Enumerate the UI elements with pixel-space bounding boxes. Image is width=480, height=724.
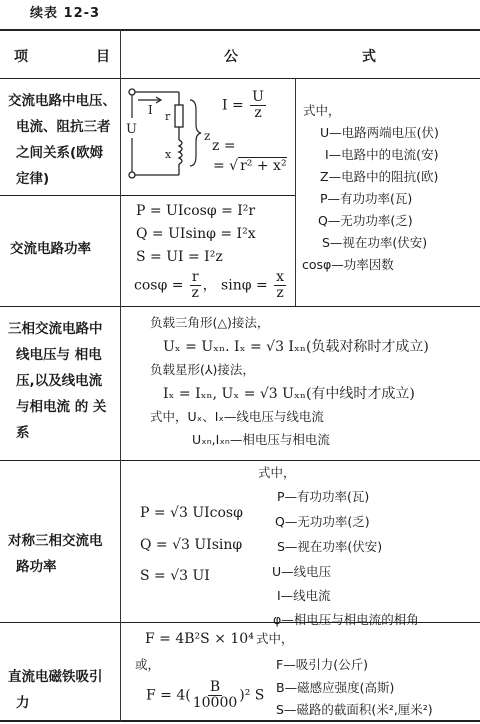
row4-legend-line: Q—无功功率(乏) (275, 511, 370, 533)
formula-legend-divider (295, 78, 296, 306)
row1-item-line: 电流、阻抗三者 (8, 114, 120, 140)
reactive-power-formula: Q = UIsinφ = I²x (136, 222, 256, 246)
row4-legend-title: 式中， (258, 462, 296, 484)
table-top-border (0, 29, 480, 31)
table-caption: 续表 12-3 (30, 2, 100, 21)
rl-circuit-diagram: U I r x z (120, 80, 220, 190)
legend-title: 式中， (303, 100, 341, 122)
row1-item-line: 定律) (8, 166, 120, 192)
row5-legend-line: B—磁感应强度(高斯) (276, 677, 394, 699)
row1-item-line: 之间关系(欧姆 (8, 140, 120, 166)
row5-legend-line: S—磁路的截面积(米²,厘米²) (276, 699, 433, 721)
row3-item: 三相交流电路中 线电压与 相电 压,以及线电流 与相电流 的 关 系 (8, 316, 120, 446)
row1-item: 交流电路中电压、 电流、阻抗三者 之间关系(欧姆 定律) (8, 88, 120, 192)
header-formula-b: 式 (362, 46, 376, 66)
legend-line: cosφ—功率因数 (302, 254, 394, 276)
delta-connection-formula: Uₓ = Uₓₙ. Iₓ = √3 Iₓₙ(负载对称时才成立) (163, 335, 429, 359)
row4-legend-line: φ—相电压与相电流的相角 (273, 609, 419, 631)
row1-item-line: 交流电路中电压、 (8, 88, 120, 114)
legend-line: P—有功功率(瓦) (320, 188, 412, 210)
row4-legend-line: U—线电压 (272, 561, 331, 583)
impedance-formula-rhs: = √r² + x² (213, 154, 287, 178)
fraction-b-over-10000: B10000 (193, 680, 238, 711)
circuit-label-r: r (165, 110, 171, 123)
row4-item: 对称三相交流电 路功率 (8, 528, 120, 580)
magnet-force-formula-1: F = 4B²S × 10⁴ (145, 627, 254, 651)
row-divider-3 (0, 460, 480, 461)
ohm-law-formula: I = Uz (222, 90, 268, 121)
row4-legend-line: S—视在功率(伏安) (277, 536, 382, 558)
row3-legend-line: 式中，Uₓ、Iₓ—线电压与线电流 (150, 406, 324, 428)
circuit-label-x: x (165, 148, 172, 161)
row5-item: 直流电磁铁吸引 力 (8, 664, 120, 716)
legend-line: U—电路两端电压(伏) (320, 122, 439, 144)
three-phase-apparent-power: S = √3 UI (140, 564, 210, 588)
legend-line: I—电路中的电流(安) (325, 144, 438, 166)
fraction-x-over-z: xz (274, 270, 286, 301)
fraction-r-over-z: rz (190, 270, 201, 301)
circuit-label-U: U (126, 122, 137, 137)
delta-connection-title: 负载三角形(△)接法， (150, 312, 269, 334)
power-factor-formula: cosφ = rz， sinφ = xz (134, 270, 288, 301)
header-item-a: 项 (14, 46, 28, 66)
magnet-force-formula-2: F = 4(B10000)² S (146, 680, 264, 711)
star-connection-title: 负载星形(⅄)接法， (150, 359, 255, 381)
row2-item: 交流电路功率 (10, 236, 91, 262)
fraction-u-over-z: Uz (250, 90, 266, 121)
row4-legend-line: P—有功功率(瓦) (277, 486, 369, 508)
row5-legend-title: 式中， (256, 628, 294, 650)
row4-legend-line: I—线电流 (277, 585, 331, 607)
legend-line: Z—电路中的阻抗(欧) (320, 166, 438, 188)
three-phase-active-power: P = √3 UIcosφ (140, 501, 243, 525)
star-connection-formula: Iₓ = Iₓₙ, Uₓ = √3 Uₓₙ(有中线时才成立) (163, 382, 415, 406)
header-item-b: 目 (96, 46, 110, 66)
active-power-formula: P = UIcosφ = I²r (136, 199, 255, 223)
circuit-label-I: I (148, 103, 153, 117)
circuit-label-z: z (204, 129, 210, 143)
legend-line: S—视在功率(伏安) (322, 232, 427, 254)
row5-legend-line: F—吸引力(公斤) (276, 654, 368, 676)
header-divider (0, 78, 480, 79)
legend-line: Q—无功功率(乏) (318, 210, 413, 232)
or-label: 或， (135, 654, 160, 676)
row3-legend-line: Uₓₙ,Iₓₙ—相电压与相电流 (192, 429, 330, 451)
row-divider-2 (0, 306, 480, 307)
row-divider-1-left (0, 195, 120, 196)
apparent-power-formula: S = UI = I²z (136, 245, 223, 269)
header-formula-a: 公 (224, 46, 238, 66)
row-divider-1-mid (120, 195, 295, 196)
three-phase-reactive-power: Q = √3 UIsinφ (140, 533, 242, 557)
